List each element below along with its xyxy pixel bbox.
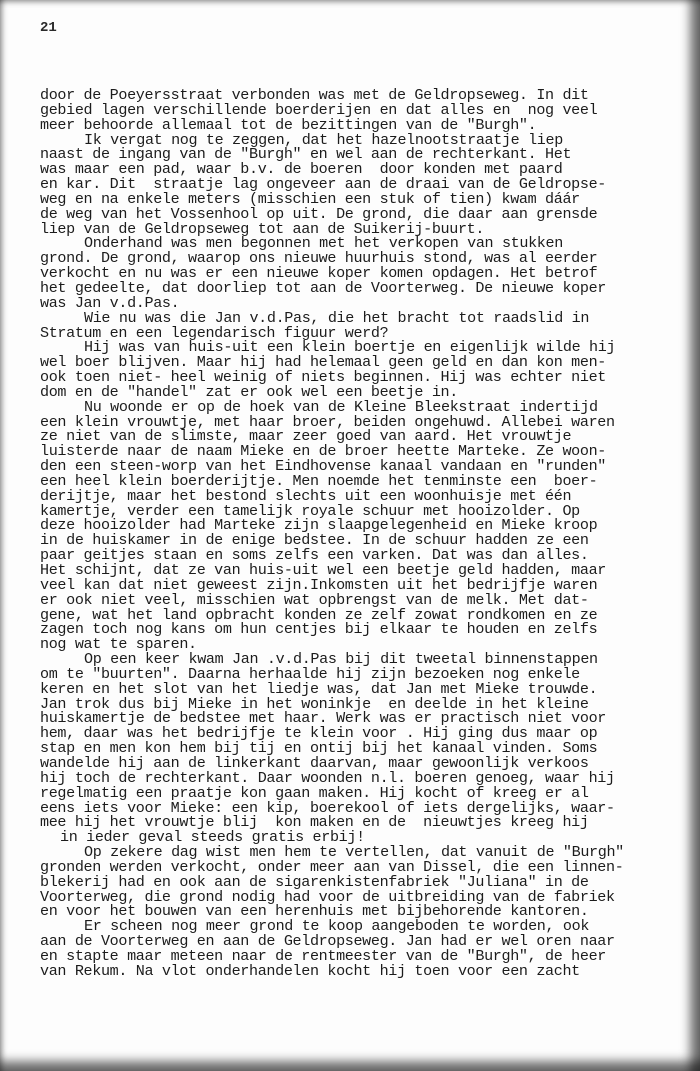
- page-number: 21: [40, 20, 57, 36]
- page-body-text: door de Poeyersstraat verbonden was met …: [40, 88, 680, 979]
- text-line: van Rekum. Na vlot onderhandelen kocht h…: [40, 964, 680, 979]
- typewritten-page: 21 door de Poeyersstraat verbonden was m…: [0, 0, 700, 1071]
